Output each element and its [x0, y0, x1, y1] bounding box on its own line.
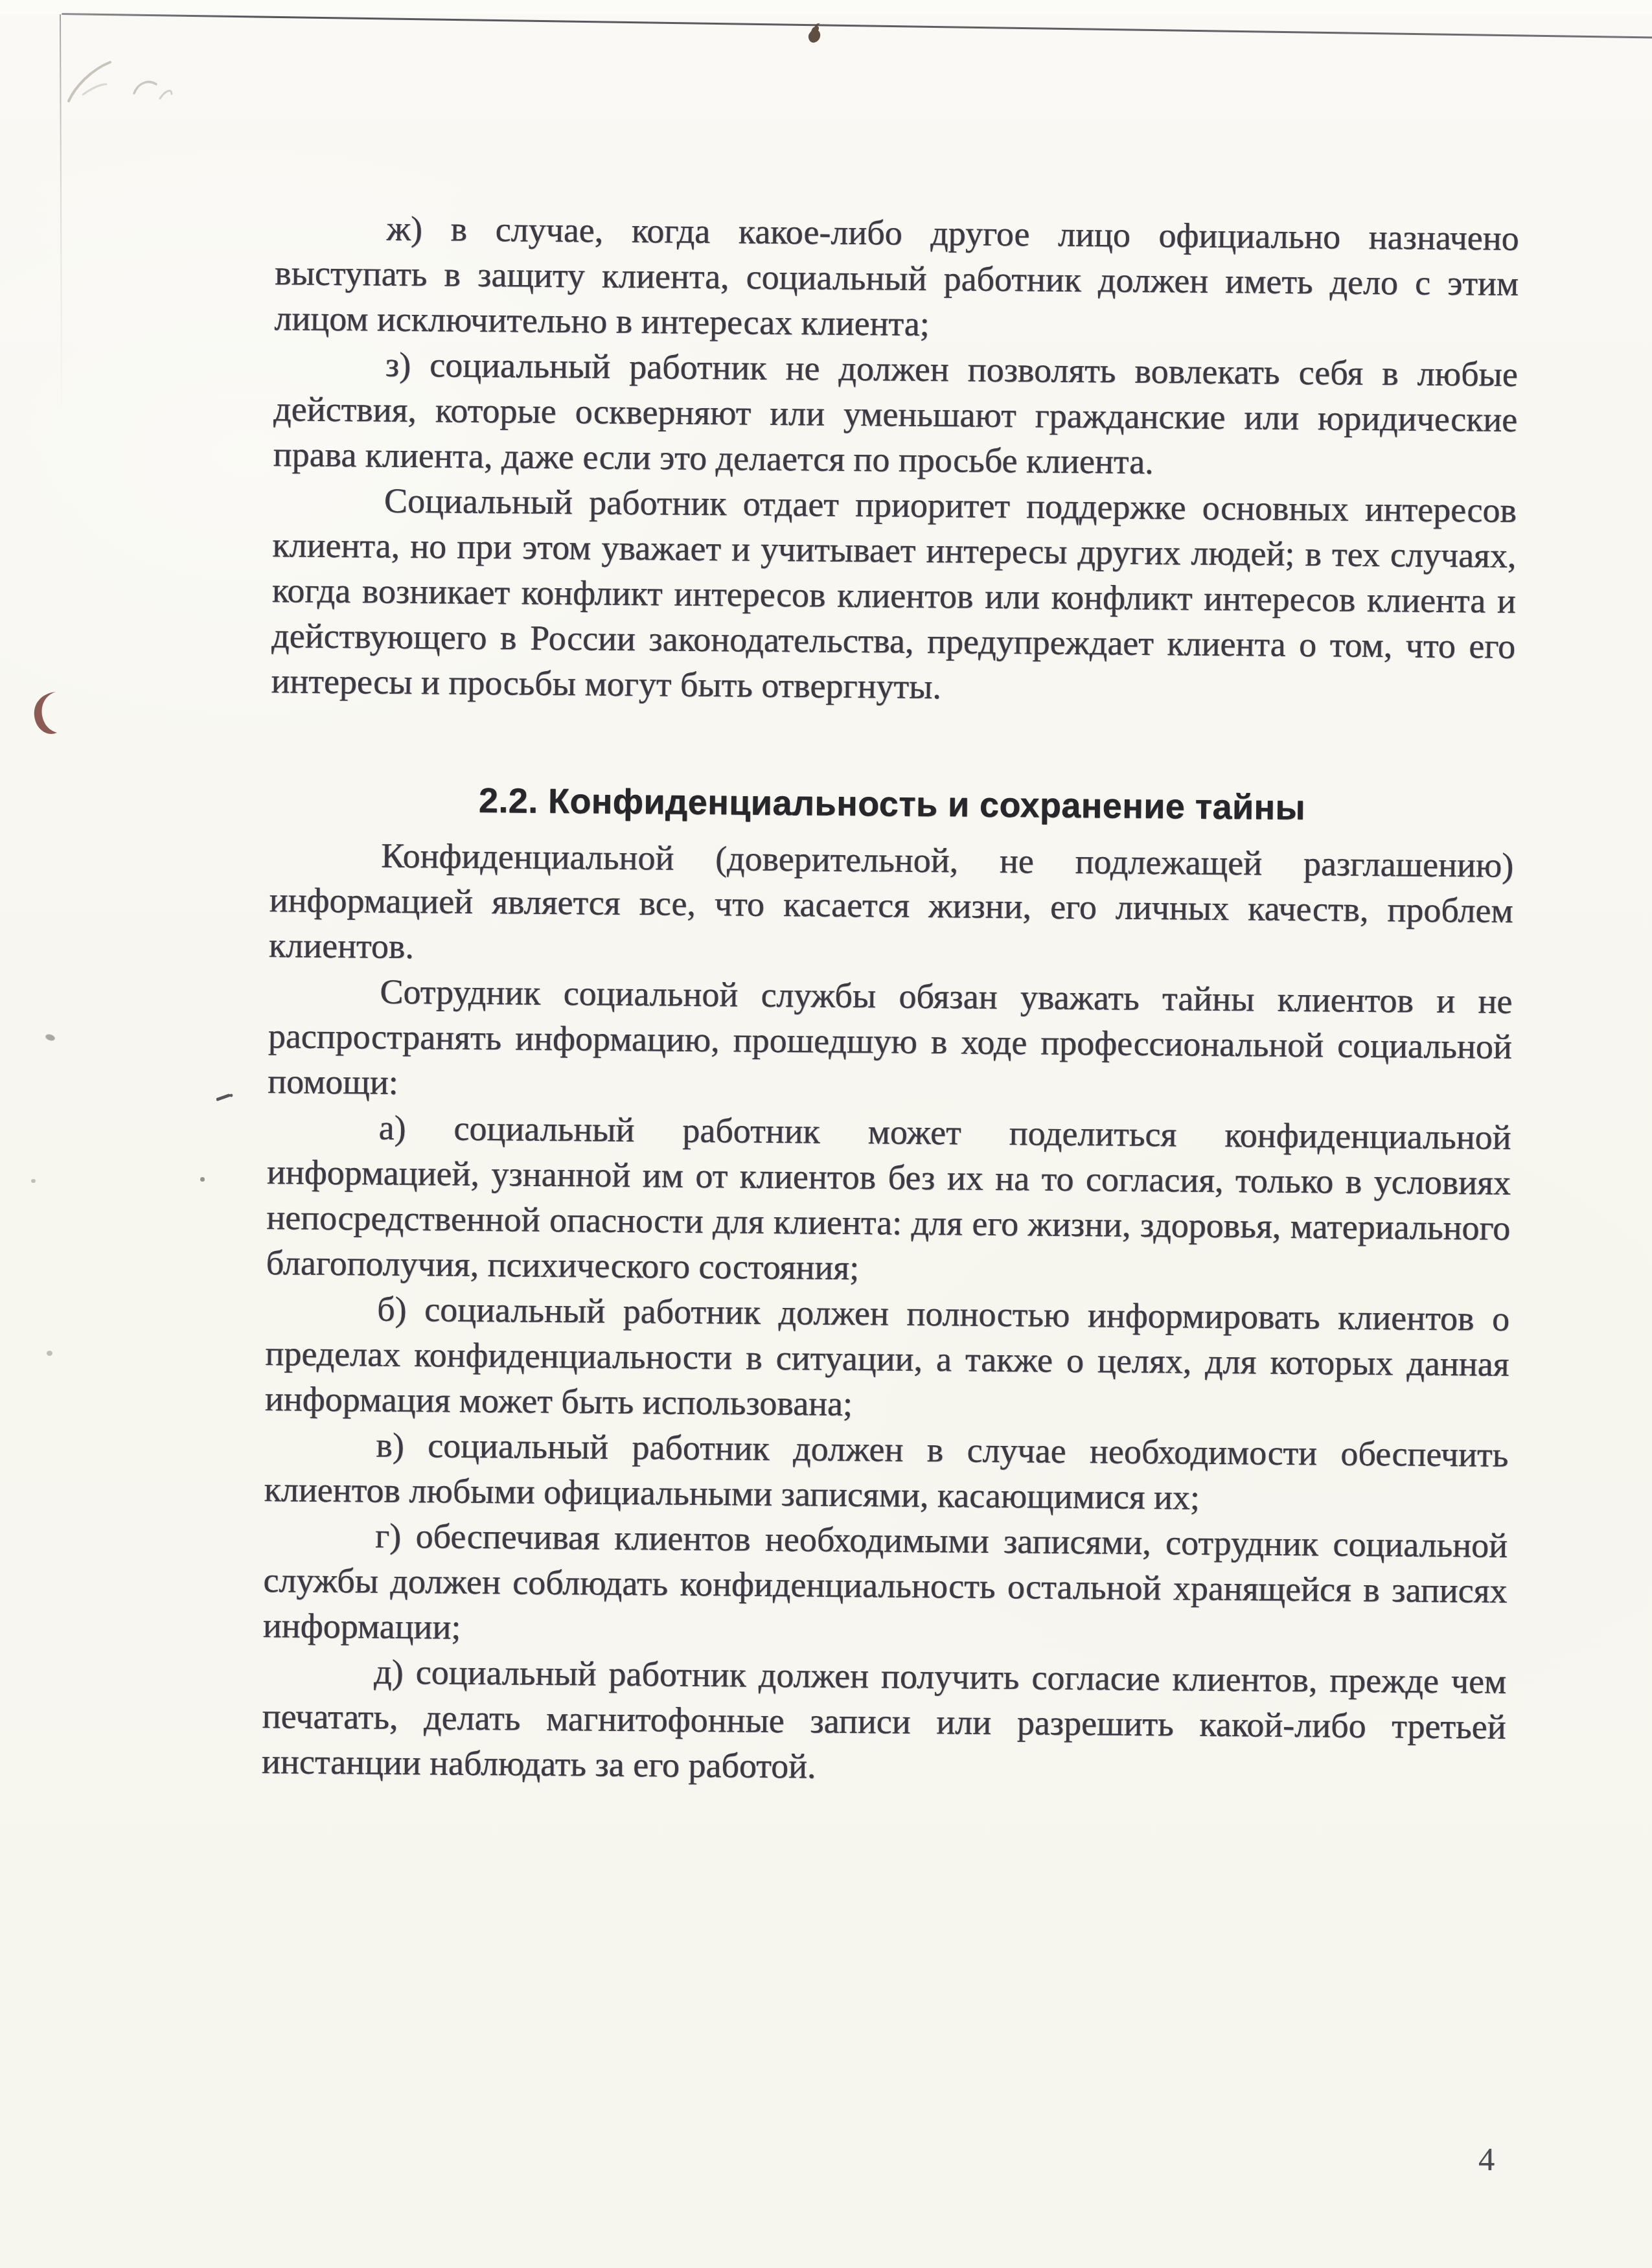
document-content: ж) в случае, когда какое-либо другое лиц… [262, 205, 1519, 1795]
paragraph-priority: Социальный работник отдает приоритет под… [271, 477, 1517, 715]
paragraph-item-d: д) социальный работник должен получить с… [262, 1648, 1507, 1795]
tiny-speck [200, 1177, 205, 1182]
paragraph-item-b: б) социальный работник должен полностью … [265, 1285, 1510, 1432]
gray-speck [45, 1033, 56, 1042]
paragraph-item-z: з) социальный работник не должен позволя… [273, 341, 1518, 488]
pencil-curl-mark [126, 73, 175, 108]
ink-dash-mark [216, 1094, 233, 1101]
scanned-document-page: ж) в случае, когда какое-либо другое лиц… [0, 0, 1652, 2268]
page-number: 4 [1478, 2143, 1495, 2175]
paragraph-item-zh: ж) в случае, когда какое-либо другое лиц… [274, 205, 1519, 352]
scanner-background-strip [0, 0, 1652, 14]
paragraph-item-a: а) социальный работник может поделиться … [266, 1104, 1511, 1296]
paragraph-item-v: в) социальный работник должен в случае н… [264, 1421, 1508, 1523]
page-top-edge-line [62, 13, 1652, 39]
paragraph-item-g: г) обеспечивая клиентов необходимыми зап… [263, 1512, 1508, 1659]
paragraph-duty: Сотрудник социальной службы обязан уважа… [268, 968, 1513, 1115]
page-left-edge-line [60, 14, 62, 416]
section-heading: 2.2. Конфиденциальность и сохранение тай… [270, 776, 1515, 832]
pencil-squiggle-mark [63, 54, 119, 109]
red-crescent-stain [32, 688, 60, 740]
ink-speck [807, 23, 823, 47]
tiny-speck [31, 1179, 36, 1183]
tiny-speck [47, 1351, 52, 1356]
paragraph-confidential-definition: Конфиденциальной (доверительной, не подл… [269, 832, 1514, 979]
